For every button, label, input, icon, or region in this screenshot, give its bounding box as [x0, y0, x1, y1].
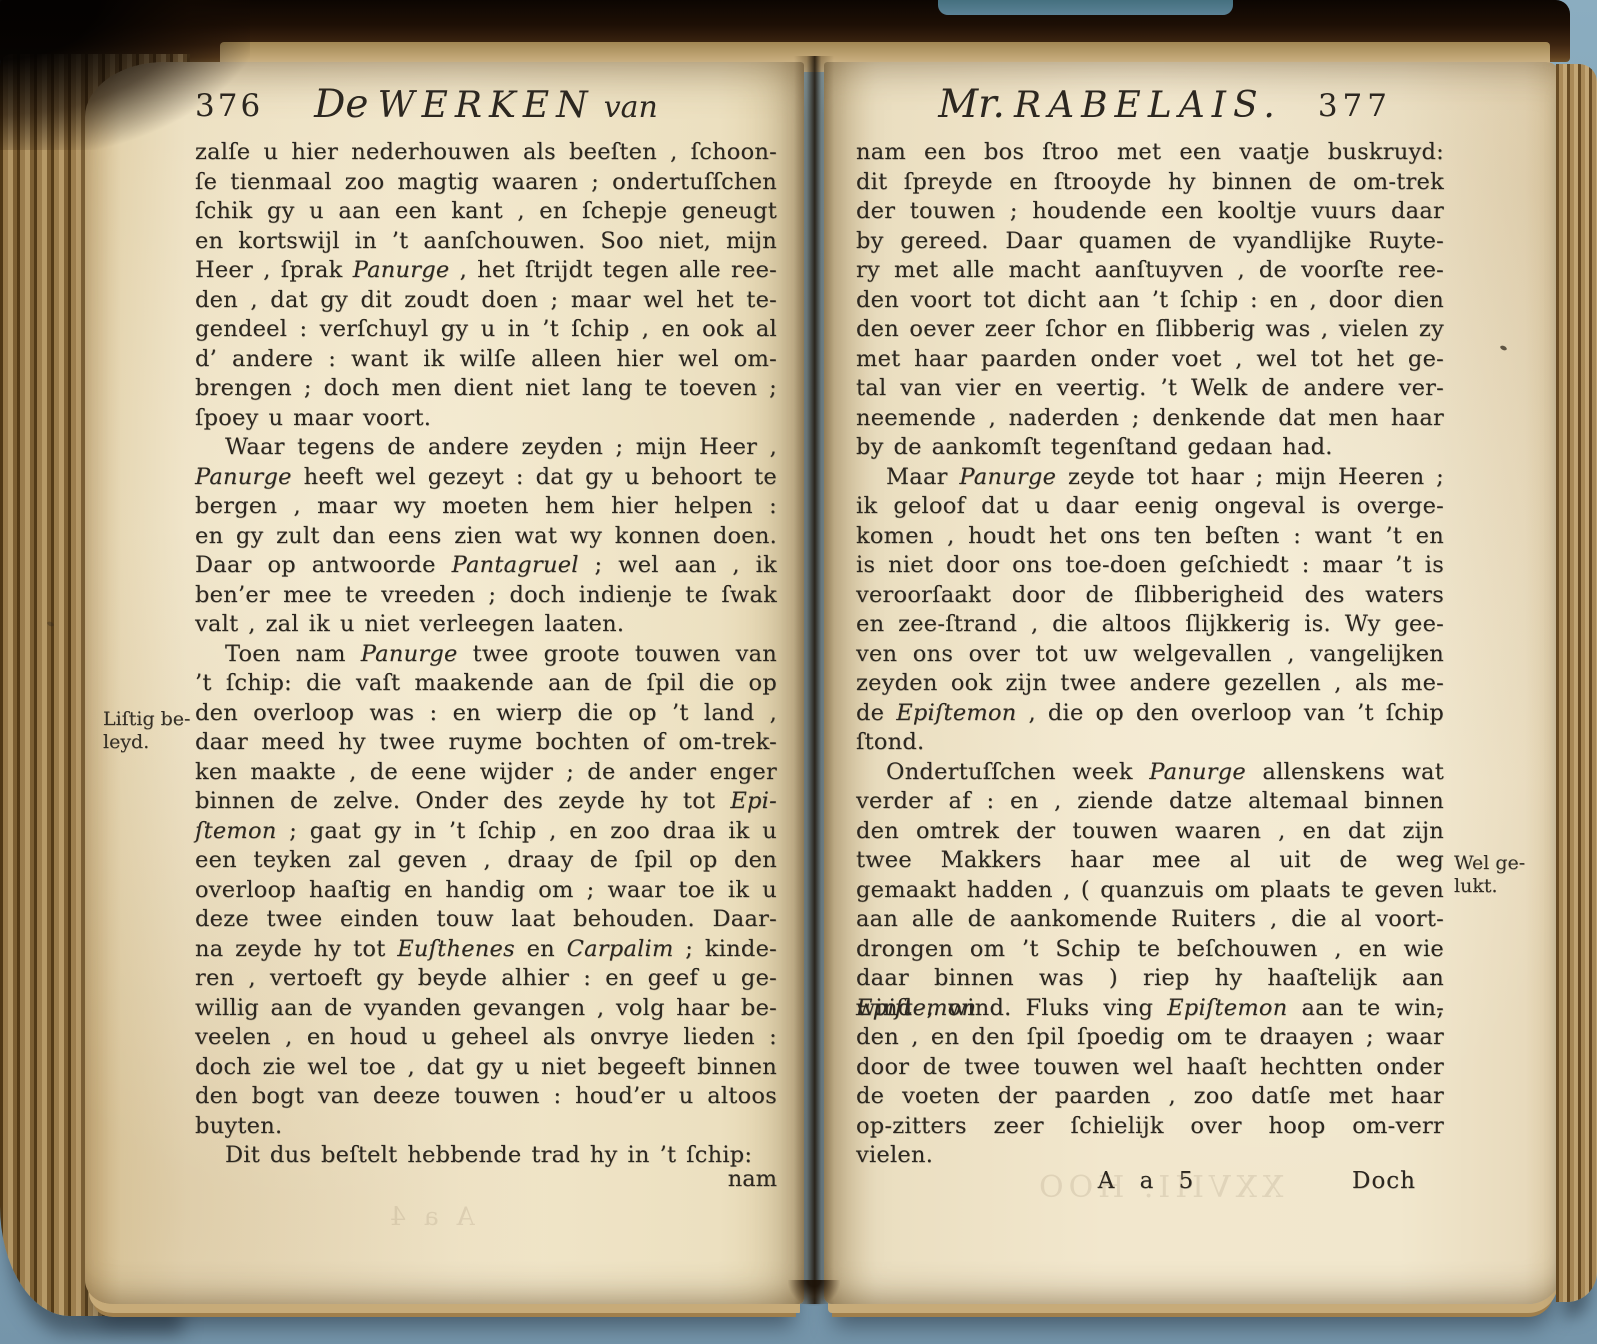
text-line: den voort tot dicht aan ’t ſchip : en , … [856, 286, 1444, 316]
text-line: by de aankomſt tegenſtand gedaan had. [856, 433, 1444, 463]
text-line: by gereed. Daar quamen de vyandlijke Ruy… [856, 227, 1444, 257]
text-line: aan alle de aankomende Ruiters , die al … [856, 905, 1444, 935]
text-line: na zeyde hy tot Euſthenes en Carpalim ; … [195, 935, 777, 965]
text-line: zeyden ook zijn twee andere gezellen , a… [856, 669, 1444, 699]
text-line: ſe tienmaal zoo magtig waaren ; ondertuſ… [195, 168, 777, 198]
text-line: bergen , maar wy moeten hem hier helpen … [195, 492, 777, 522]
text-line: en zee-ſtrand , die altoos ſlijkkerig is… [856, 610, 1444, 640]
text-line: verder af : en , ziende datze altemaal b… [856, 787, 1444, 817]
text-line: ry met alle macht aanſtuyven , de voorſt… [856, 256, 1444, 286]
text-line: en gy zult dan eens zien wat wy konnen d… [195, 522, 777, 552]
text-line: daar meed hy twee ruyme bochten of om-tr… [195, 728, 777, 758]
text-line: ſtemon ; gaat gy in ’t ſchip , en zoo dr… [195, 817, 777, 847]
text-line: ’t ſchip: die vaſt maakende aan de ſpil … [195, 669, 777, 699]
text-line: dit ſpreyde en ſtrooyde hy binnen de om-… [856, 168, 1444, 198]
text-line: Toen nam Panurge twee groote touwen van [195, 640, 777, 670]
text-line: veelen , en houd u geheel als onvrye lie… [195, 1023, 777, 1053]
gutter-bottom-shadow [788, 1280, 840, 1306]
text-line: ren , vertoeft gy beyde alhier : en geef… [195, 964, 777, 994]
margin-note-left-line2: leyd. [103, 731, 195, 754]
left-page-header: 376 De WERKEN van [195, 80, 777, 132]
running-title-right-prefix: Mr. [938, 82, 1005, 127]
show-through-text-right: XXVIII. HOO [1034, 1170, 1283, 1205]
text-line: binnen de zelve. Onder des zeyde hy tot … [195, 787, 777, 817]
catchword-right: Doch [1352, 1168, 1416, 1194]
text-line: buyten. [195, 1112, 777, 1142]
text-line: een teyken zal geven , draay de ſpil op … [195, 846, 777, 876]
text-line: twee Makkers haar mee al uit de weg [856, 846, 1444, 876]
text-line: den , dat gy dit zoudt doen ; maar wel h… [195, 286, 777, 316]
text-line: ſchik gy u aan een kant , en ſchepje gen… [195, 197, 777, 227]
text-line: drongen om ’t Schip te beſchouwen , en w… [856, 935, 1444, 965]
margin-note-left: Liſtig be- leyd. [103, 708, 195, 753]
running-title-right-main: RABELAIS. [1010, 85, 1286, 126]
text-line: met haar paarden onder voet , wel tot he… [856, 345, 1444, 375]
text-line: zalſe u hier nederhouwen als beeſten , ſ… [195, 138, 777, 168]
text-line: wind , wind. Fluks ving Epiſtemon aan te… [856, 994, 1444, 1024]
right-page-header: 377 Mr. RABELAIS. [856, 80, 1444, 132]
top-left-corner-shadow [0, 0, 250, 150]
text-line: Heer , ſprak Panurge , het ſtrijdt tegen… [195, 256, 777, 286]
text-line: der touwen ; houdende een kooltje vuurs … [856, 197, 1444, 227]
text-line: vielen. [856, 1141, 1444, 1171]
text-line: den overloop was : en wierp die op ’t la… [195, 699, 777, 729]
book-gutter [794, 56, 834, 1304]
text-line: Maar Panurge zeyde tot haar ; mijn Heere… [856, 463, 1444, 493]
text-line: de voeten der paarden , zoo datſe met ha… [856, 1082, 1444, 1112]
text-line: de Epiſtemon , die op den overloop van ’… [856, 699, 1444, 729]
text-line: Ondertuſſchen week Panurge allenskens wa… [856, 758, 1444, 788]
text-line: ven ons over tot uw welgevallen , vangel… [856, 640, 1444, 670]
text-line: neemende , naderden ; denkende dat men h… [856, 404, 1444, 434]
text-line: ik geloof dat u daar eenig ongeval is ov… [856, 492, 1444, 522]
text-line: den oever zeer ſchor en ſlibberig was , … [856, 315, 1444, 345]
text-line: ſtond. [856, 728, 1444, 758]
text-line: gemaakt hadden , ( quanzuis om plaats te… [856, 876, 1444, 906]
margin-note-right: Wel ge- lukt. [1454, 852, 1549, 897]
text-line: Panurge heeft wel gezeyt : dat gy u beho… [195, 463, 777, 493]
text-line: ſpoey u maar voort. [195, 404, 777, 434]
text-line: den omtrek der touwen waaren , en dat zi… [856, 817, 1444, 847]
text-line: tal van vier en veertig. ’t Welk de ande… [856, 374, 1444, 404]
text-line: door de twee touwen wel haaſt hechtten o… [856, 1053, 1444, 1083]
text-line: doch zie wel toe , dat gy u niet begeeft… [195, 1053, 777, 1083]
margin-note-right-line1: Wel ge- [1454, 852, 1549, 875]
running-title-left: De WERKEN van [195, 80, 777, 127]
running-title-left-suffix: van [604, 90, 658, 125]
text-line: brengen ; doch men dient niet lang te to… [195, 374, 777, 404]
right-page-edge-stack [1556, 64, 1597, 1302]
text-line: komen , houdt het ons ten beſten : want … [856, 522, 1444, 552]
text-column-left: zalſe u hier nederhouwen als beeſten , ſ… [195, 138, 777, 1171]
text-line: op-zitters zeer ſchielijk over hoop om-v… [856, 1112, 1444, 1142]
text-line: overloop haaſtig en handig om ; waar toe… [195, 876, 777, 906]
text-line: en kortswijl in ’t aanſchouwen. Soo niet… [195, 227, 777, 257]
text-line: Waar tegens de andere zeyden ; mijn Heer… [195, 433, 777, 463]
text-line: d’ andere : want ik wilſe alleen hier we… [195, 345, 777, 375]
text-line: deze twee einden touw laat behouden. Daa… [195, 905, 777, 935]
text-line: Daar op antwoorde Pantagruel ; wel aan ,… [195, 551, 777, 581]
book-photo: 376 De WERKEN van zalſe u hier nederhouw… [0, 0, 1597, 1344]
show-through-text-left: A a 4 [385, 1202, 475, 1231]
background-gap [938, 0, 1233, 15]
running-title-left-main: WERKEN [374, 85, 599, 126]
text-line: daar binnen was ) riep hy haaſtelijk aan… [856, 964, 1444, 994]
right-page: 377 Mr. RABELAIS. nam een bos ſtroo met … [824, 62, 1562, 1304]
paper-blemish [1499, 345, 1507, 352]
text-line: den , en den ſpil ſpoedig om te draayen … [856, 1023, 1444, 1053]
margin-note-right-line2: lukt. [1454, 875, 1549, 898]
text-line: ken maakte , de eene wijder ; de ander e… [195, 758, 777, 788]
text-line: gendeel : verſchuyl gy u in ’t ſchip , e… [195, 315, 777, 345]
text-line: den bogt van deeze touwen : houd’er u al… [195, 1082, 777, 1112]
running-title-left-prefix: De [314, 82, 368, 127]
text-line: nam een bos ſtroo met een vaatje buskruy… [856, 138, 1444, 168]
text-line: veroorſaakt door de ſlibberigheid des wa… [856, 581, 1444, 611]
margin-note-left-line1: Liſtig be- [103, 708, 195, 731]
text-column-right: nam een bos ſtroo met een vaatje buskruy… [856, 138, 1444, 1171]
page-number-right: 377 [1318, 88, 1392, 124]
left-page: 376 De WERKEN van zalſe u hier nederhouw… [85, 62, 804, 1304]
text-line: is niet door ons toe-doen geſchiedt : ma… [856, 551, 1444, 581]
catchword-left: nam [195, 1166, 811, 1192]
text-line: valt , zal ik u niet verleegen laaten. [195, 610, 777, 640]
text-line: willig aan de vyanden gevangen , volg ha… [195, 994, 777, 1024]
text-line: ben’er mee te vreeden ; doch indienje te… [195, 581, 777, 611]
